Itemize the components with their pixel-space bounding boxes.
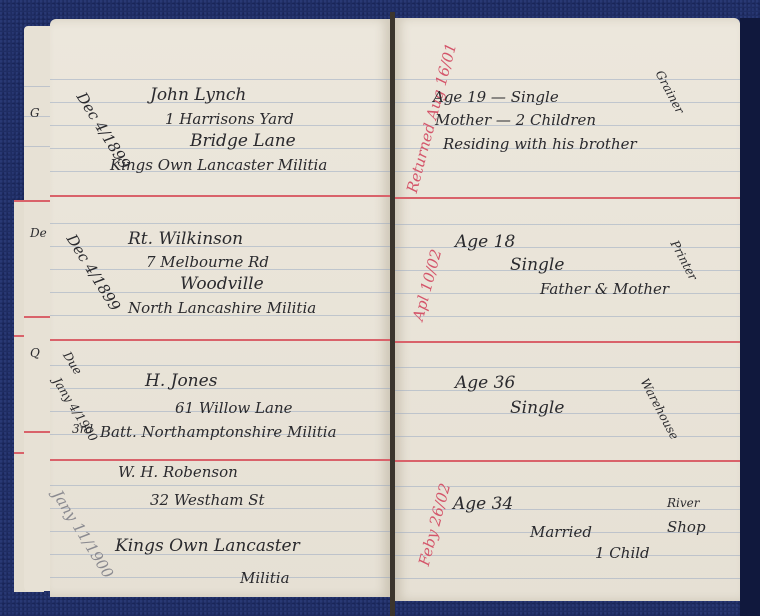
entry-occupation-2: Shop [667, 518, 706, 536]
entry-address-1: 32 Westham St [150, 491, 265, 509]
dated-note: Apl 10/02 [409, 247, 445, 322]
entry-details-3: Residing with his brother [443, 135, 637, 153]
entry-occupation-1: River [667, 496, 700, 510]
entry-address-2: Woodville [180, 274, 264, 294]
entry-date-prefix: Due [60, 349, 85, 377]
entry-name: John Lynch [150, 85, 246, 105]
entry-name: H. Jones [145, 371, 217, 391]
entry-details-3: 1 Child [595, 544, 650, 562]
entry-regiment: Kings Own Lancaster [115, 536, 300, 556]
left-page: Dec 4/1899 John Lynch 1 Harrisons Yard B… [50, 19, 390, 597]
entry-regiment-2: Militia [240, 569, 290, 587]
entry-details-1: Age 18 [455, 232, 515, 252]
entry-details-3: Father & Mother [540, 280, 669, 298]
entry-occupation: Grainer [653, 68, 687, 116]
entry-details-2: Single [510, 398, 564, 418]
entry-name: Rt. Wilkinson [128, 229, 243, 249]
entry-address-1: 61 Willow Lane [175, 399, 292, 417]
entry-details-2: Mother — 2 Children [435, 111, 596, 129]
entry-details-1: Age 34 [453, 494, 513, 514]
entry-address-2: Bridge Lane [190, 131, 296, 151]
entry-details-2: Single [510, 255, 564, 275]
entry-name: W. H. Robenson [118, 463, 238, 481]
entry-details-1: Age 19 — Single [433, 88, 559, 106]
entry-details-2: Married [530, 523, 592, 541]
entry-regiment-prefix: 3rd [72, 422, 93, 436]
edge-letter: Q [30, 346, 40, 360]
entry-regiment: North Lancashire Militia [128, 299, 316, 317]
right-page: Returned Aug 16/01 Age 19 — Single Mothe… [395, 18, 740, 601]
entry-date: Dec 4/1899 [63, 231, 124, 314]
entry-address-1: 7 Melbourne Rd [146, 253, 269, 271]
page-edge-shadow [740, 18, 760, 616]
entry-regiment: Batt. Northamptonshire Militia [100, 423, 337, 441]
entry-date: Jany 11/1900 [49, 487, 117, 582]
entry-regiment: Kings Own Lancaster Militia [110, 156, 327, 174]
entry-occupation: Printer [668, 238, 701, 283]
edge-letter: De [30, 226, 47, 240]
entry-address-1: 1 Harrisons Yard [165, 110, 294, 128]
entry-occupation: Warehouse [638, 376, 682, 442]
entry-details-1: Age 36 [455, 373, 515, 393]
edge-letter: G [30, 106, 40, 120]
